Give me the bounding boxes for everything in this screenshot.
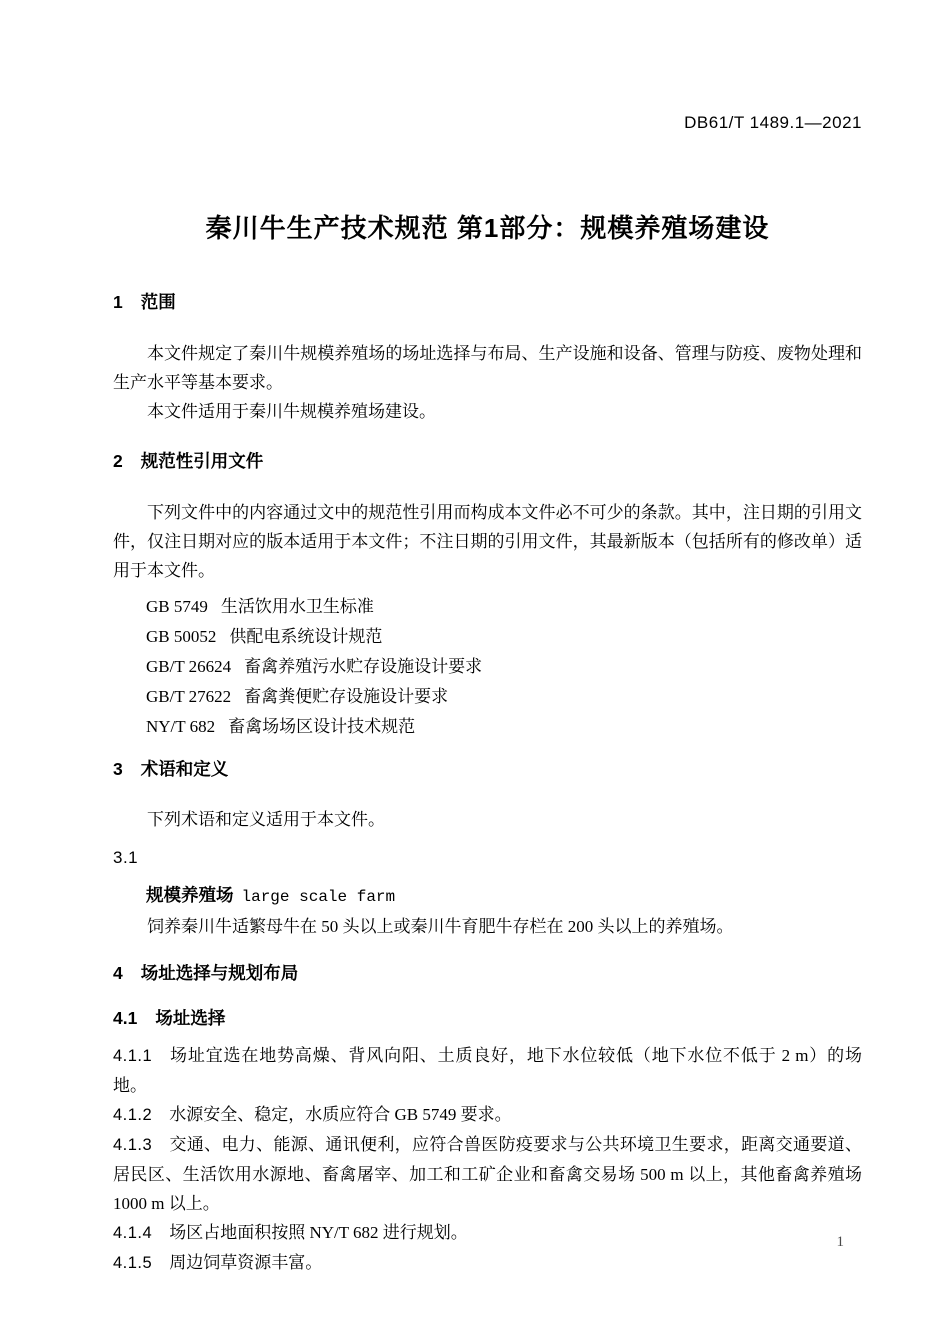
standard-document-page: DB61/T 1489.1—2021 秦川牛生产技术规范 第1部分：规模养殖场建… <box>0 0 950 1344</box>
section-title: 范围 <box>141 292 176 312</box>
reference-item: GB/T 26624畜禽养殖污水贮存设施设计要求 <box>146 652 862 682</box>
document-header: DB61/T 1489.1—2021 <box>113 112 862 134</box>
subsection-number: 4.1 <box>113 1008 137 1028</box>
section-heading-terms: 3术语和定义 <box>113 757 862 781</box>
section-number: 4 <box>113 963 123 983</box>
document-title: 秦川牛生产技术规范 第1部分：规模养殖场建设 <box>113 210 862 246</box>
term-chinese: 规模养殖场 <box>146 885 234 905</box>
clause-item: 4.1.1场址宜选在地势高燥、背风向阳、土质良好，地下水位较低（地下水位不低于 … <box>113 1041 862 1100</box>
clause-item: 4.1.5周边饲草资源丰富。 <box>113 1248 862 1278</box>
reference-code: GB/T 26624 <box>146 657 231 676</box>
reference-code: GB 5749 <box>146 597 208 616</box>
section-number: 3 <box>113 759 123 779</box>
clause-number: 4.1.5 <box>113 1254 152 1272</box>
reference-item: NY/T 682畜禽场场区设计技术规范 <box>146 712 862 742</box>
scope-paragraph-2: 本文件适用于秦川牛规模养殖场建设。 <box>113 397 862 426</box>
subsection-heading-site-selection: 4.1场址选择 <box>113 1006 862 1030</box>
section-title: 术语和定义 <box>141 759 229 779</box>
reference-title: 供配电系统设计规范 <box>229 627 382 646</box>
clause-text: 水源安全、稳定，水质应符合 GB 5749 要求。 <box>169 1105 511 1124</box>
reference-code: GB/T 27622 <box>146 687 231 706</box>
standard-number: DB61/T 1489.1—2021 <box>684 113 862 132</box>
clause-number: 4.1.1 <box>113 1047 152 1065</box>
reference-item: GB/T 27622畜禽粪便贮存设施设计要求 <box>146 682 862 712</box>
clause-number: 4.1.4 <box>113 1224 152 1242</box>
section-heading-normative-refs: 2规范性引用文件 <box>113 449 862 473</box>
section-title: 场址选择与规划布局 <box>141 963 299 983</box>
clause-number: 4.1.3 <box>113 1136 152 1154</box>
reference-title: 畜禽粪便贮存设施设计要求 <box>244 687 448 706</box>
clause-text: 交通、电力、能源、通讯便利，应符合兽医防疫要求与公共环境卫生要求，距离交通要道、… <box>113 1135 862 1213</box>
reference-title: 畜禽场场区设计技术规范 <box>228 717 415 736</box>
reference-item: GB 5749生活饮用水卫生标准 <box>146 592 862 622</box>
section-heading-site: 4场址选择与规划布局 <box>113 961 862 985</box>
section-heading-scope: 1范围 <box>113 290 862 314</box>
clause-text: 场区占地面积按照 NY/T 682 进行规划。 <box>169 1223 468 1242</box>
term-item-number: 3.1 <box>113 846 862 870</box>
clause-text: 周边饲草资源丰富。 <box>169 1253 322 1272</box>
reference-title: 生活饮用水卫生标准 <box>221 597 374 616</box>
scope-paragraph-1: 本文件规定了秦川牛规模养殖场的场址选择与布局、生产设施和设备、管理与防疫、废物处… <box>113 339 862 397</box>
term-entry: 规模养殖场large scale farm <box>146 882 862 910</box>
clause-item: 4.1.2水源安全、稳定，水质应符合 GB 5749 要求。 <box>113 1100 862 1130</box>
subsection-title: 场址选择 <box>155 1008 225 1028</box>
clause-number: 4.1.2 <box>113 1106 152 1124</box>
clause-item: 4.1.4场区占地面积按照 NY/T 682 进行规划。 <box>113 1218 862 1248</box>
term-definition: 饲养秦川牛适繁母牛在 50 头以上或秦川牛育肥牛存栏在 200 头以上的养殖场。 <box>113 912 862 941</box>
normative-reference-list: GB 5749生活饮用水卫生标准 GB 50052供配电系统设计规范 GB/T … <box>146 592 862 742</box>
clause-text: 场址宜选在地势高燥、背风向阳、土质良好，地下水位较低（地下水位不低于 2 m）的… <box>113 1046 862 1095</box>
clause-item: 4.1.3交通、电力、能源、通讯便利，应符合兽医防疫要求与公共环境卫生要求，距离… <box>113 1130 862 1218</box>
section-number: 2 <box>113 451 123 471</box>
reference-title: 畜禽养殖污水贮存设施设计要求 <box>244 657 482 676</box>
section-number: 1 <box>113 292 123 312</box>
page-number: 1 <box>837 1233 845 1251</box>
reference-code: NY/T 682 <box>146 717 215 736</box>
terms-intro: 下列术语和定义适用于本文件。 <box>113 805 862 834</box>
clause-list: 4.1.1场址宜选在地势高燥、背风向阳、土质良好，地下水位较低（地下水位不低于 … <box>113 1041 862 1278</box>
term-english: large scale farm <box>242 888 396 906</box>
normative-refs-intro: 下列文件中的内容通过文中的规范性引用而构成本文件必不可少的条款。其中，注日期的引… <box>113 498 862 585</box>
reference-code: GB 50052 <box>146 627 216 646</box>
section-title: 规范性引用文件 <box>141 451 264 471</box>
reference-item: GB 50052供配电系统设计规范 <box>146 622 862 652</box>
